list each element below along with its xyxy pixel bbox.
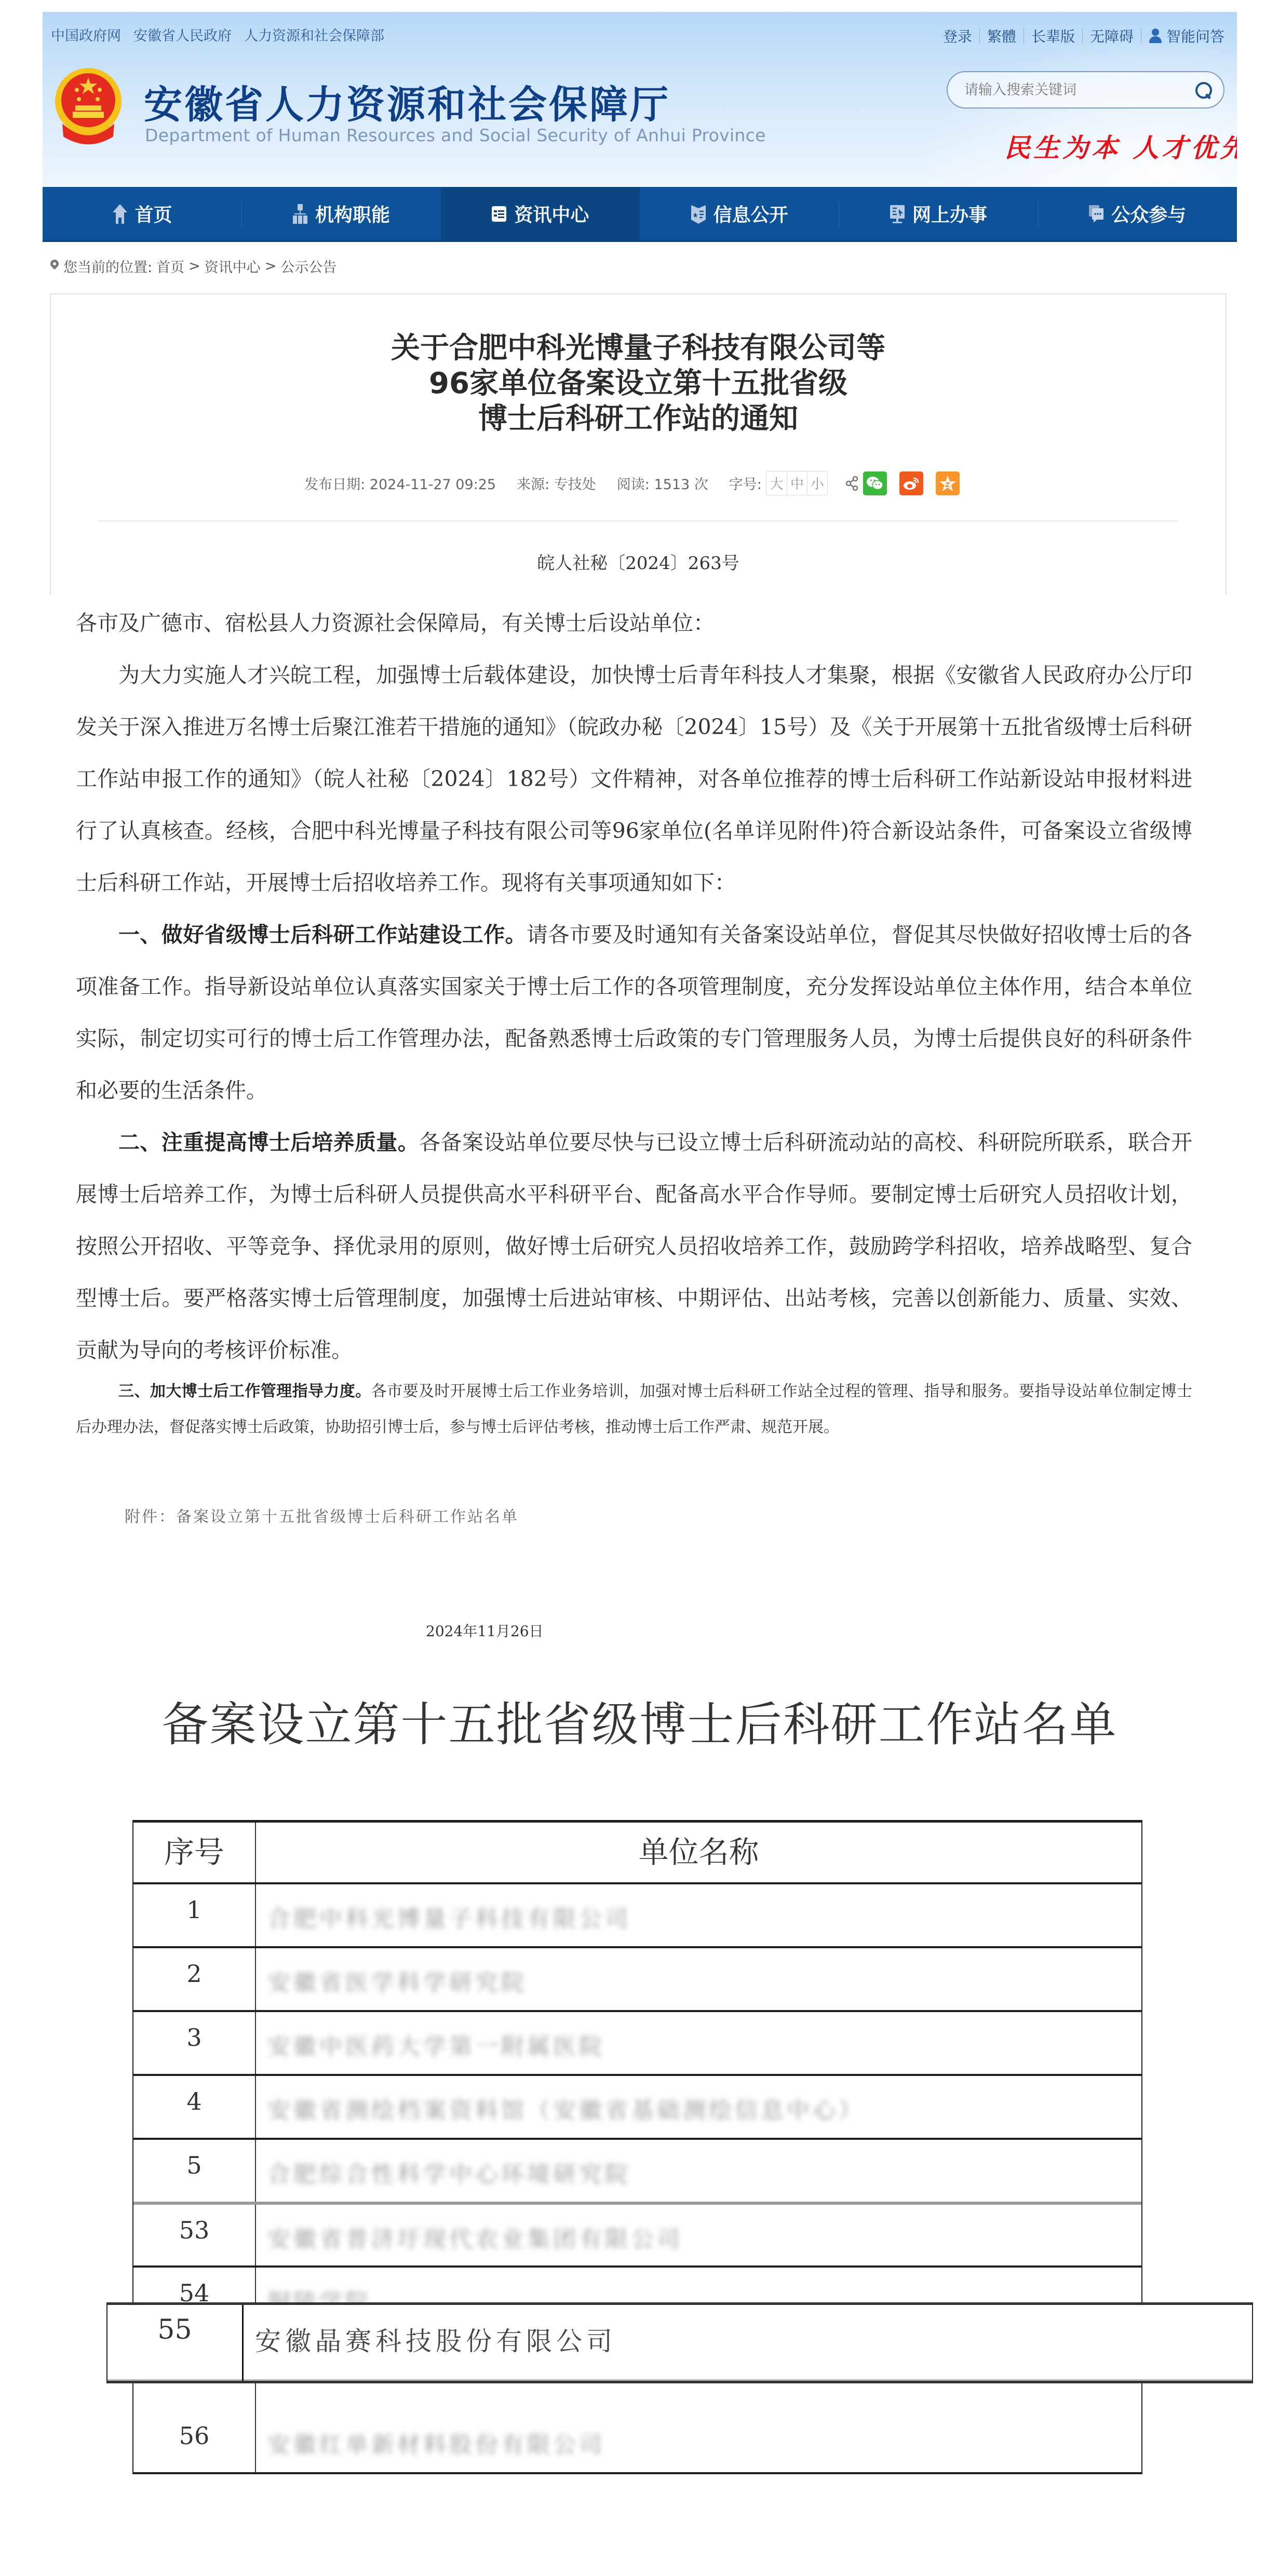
link-gov-cn[interactable]: 中国政府网 [51,24,121,45]
search-icon[interactable] [1194,81,1212,99]
main-nav: 首页 机构职能 资讯中心 信息公开 网上办事 公众参与 [43,187,1237,242]
source-label: 来源: [517,477,549,493]
row-unit-name-blurred: 安徽红单新材料股份有限公司 [256,2410,1141,2472]
qzone-share-button[interactable] [936,471,960,495]
nav-item-org-functions[interactable]: 机构职能 [241,187,440,240]
weibo-icon [903,476,920,491]
customer-service-icon [1149,29,1162,43]
section-2-text: 各备案设站单位要尽快与已设立博士后科研流动站的高校、科研院所联系，联合开展博士后… [76,1130,1192,1363]
table-row: 56 安徽红单新材料股份有限公司 [133,2410,1141,2474]
divider [979,28,980,44]
breadcrumb-news-center[interactable]: 资讯中心 [205,256,261,276]
share-icon[interactable] [845,476,859,491]
row-unit-name-blurred: 合肥中科光博量子科技有限公司 [256,1884,1141,1946]
row-unit-name-blurred: 合肥综合性科学中心环境研究院 [256,2140,1141,2202]
source-value: 专技处 [554,477,596,493]
font-size-selector: 大 中 小 [766,471,828,495]
divider [1141,28,1141,44]
nav-item-info-disclosure[interactable]: 信息公开 [640,187,839,240]
title-line: 博士后科研工作站的通知 [51,401,1226,437]
home-icon [112,203,128,225]
row-number: 2 [133,1948,256,2010]
row-number: 4 [133,2076,256,2138]
chat-icon [1088,203,1104,225]
accessibility-link[interactable]: 无障碍 [1090,25,1134,46]
read-count-label: 阅读: [617,477,650,493]
table-header-row: 序号 单位名称 [133,1820,1141,1882]
article-title: 关于合肥中科光博量子科技有限公司等 96家单位备案设立第十五批省级 博士后科研工… [51,331,1226,437]
row-number: 1 [133,1884,256,1946]
search-box [947,71,1224,109]
publish-date-label: 发布日期: [304,477,365,493]
section-1-paragraph: 一、做好省级博士后科研工作站建设工作。请各市要及时通知有关备案设站单位，督促其尽… [76,909,1192,1116]
document-number: 皖人社秘〔2024〕263号 [51,549,1226,574]
breadcrumb-separator: > [265,258,277,274]
org-chart-icon [292,203,308,225]
signed-date: 2024年11月26日 [426,1620,544,1641]
title-line: 关于合肥中科光博量子科技有限公司等 [51,331,1226,366]
row-number: 56 [133,2410,256,2472]
attachment-title: 备案设立第十五批省级博士后科研工作站名单 [0,1687,1279,1754]
read-count-value: 1513 次 [654,477,708,493]
title-line: 96家单位备案设立第十五批省级 [51,366,1226,401]
breadcrumb-prefix: 您当前的位置: [63,256,152,276]
utility-links: 登录 繁體 长辈版 无障碍 智能问答 [943,25,1224,46]
nav-label: 网上办事 [912,200,987,227]
section-3-paragraph: 三、加大博士后工作管理指导力度。各市要及时开展博士后工作业务培训，加强对博士后科… [76,1373,1192,1445]
breadcrumb: 您当前的位置: 首页 > 资讯中心 > 公示公告 [50,256,336,276]
row-number: 55 [107,2305,244,2381]
table-row: 53 安徽省普济圩现代农业集团有限公司 [133,2202,1141,2265]
news-icon [491,203,507,225]
link-anhui-gov[interactable]: 安徽省人民政府 [133,24,232,45]
meta-divider [98,520,1179,521]
font-size-small-button[interactable]: 小 [807,471,827,495]
smart-qa-link[interactable]: 智能问答 [1149,25,1224,46]
site-header: 中国政府网 安徽省人民政府 人力资源和社会保障部 登录 繁體 长辈版 无障碍 智… [43,12,1237,187]
wechat-share-button[interactable] [863,471,887,495]
divider [1082,28,1083,44]
font-size-label: 字号: [729,473,762,493]
nav-label: 首页 [135,200,172,227]
row-number: 5 [133,2140,256,2202]
nav-item-news-center[interactable]: 资讯中心 [441,187,640,240]
link-mohrss[interactable]: 人力资源和社会保障部 [244,24,384,45]
highlighted-table-row: 55 安徽晶赛科技股份有限公司 [106,2302,1253,2383]
attachment-link[interactable]: 附件：备案设立第十五批省级博士后科研工作站名单 [125,1504,519,1527]
breadcrumb-home[interactable]: 首页 [156,256,184,276]
online-service-icon [890,203,905,225]
nav-label: 公众参与 [1111,200,1186,227]
top-links: 中国政府网 安徽省人民政府 人力资源和社会保障部 [51,24,384,45]
weibo-share-button[interactable] [899,471,923,495]
location-pin-icon [50,260,59,273]
font-size-medium-button[interactable]: 中 [787,471,807,495]
article-meta: 发布日期: 2024-11-27 09:25 来源: 专技处 阅读: 1513 … [51,471,1226,495]
section-3-heading: 三、加大博士后工作管理指导力度。 [118,1382,371,1400]
nav-label: 信息公开 [713,200,788,227]
section-3-block: 三、加大博士后工作管理指导力度。各市要及时开展博士后工作业务培训，加强对博士后科… [76,1373,1192,1445]
smart-qa-label: 智能问答 [1166,25,1224,46]
search-input[interactable] [964,82,1194,98]
publish-date: 发布日期: 2024-11-27 09:25 [304,473,496,493]
table-row: 4 安徽省测绘档案资料馆（安徽省基础测绘信息中心） [133,2074,1141,2138]
national-emblem-icon [52,64,125,147]
section-1-heading: 一、做好省级博士后科研工作站建设工作。 [118,922,527,947]
article-body: 各市及广德市、宿松县人力资源社会保障局，有关博士后设站单位： 为大力实施人才兴皖… [76,597,1192,1376]
nav-label: 机构职能 [315,200,390,227]
table-row: 2 安徽省医学科学研究院 [133,1946,1141,2010]
row-unit-name-blurred: 安徽省测绘档案资料馆（安徽省基础测绘信息中心） [256,2076,1141,2138]
read-count: 阅读: 1513 次 [617,473,708,493]
row-unit-name: 安徽晶赛科技股份有限公司 [244,2305,1252,2381]
publish-date-value: 2024-11-27 09:25 [370,477,496,493]
traditional-chinese-link[interactable]: 繁體 [987,25,1016,46]
wechat-icon [866,476,884,491]
elder-mode-link[interactable]: 长辈版 [1031,25,1075,46]
table-row: 3 安徽中医药大学第一附属医院 [133,2010,1141,2074]
section-2-paragraph: 二、注重提高博士后培养质量。各备案设站单位要尽快与已设立博士后科研流动站的高校、… [76,1116,1192,1376]
table-row: 5 合肥综合性科学中心环境研究院 [133,2138,1141,2202]
nav-item-home[interactable]: 首页 [43,187,241,240]
article-card: 关于合肥中科光博量子科技有限公司等 96家单位备案设立第十五批省级 博士后科研工… [50,293,1227,595]
qzone-star-icon [939,475,957,492]
source: 来源: 专技处 [517,473,596,493]
nav-label: 资讯中心 [514,200,589,227]
slogan: 民生为本 人才优先 [1004,127,1237,165]
breadcrumb-separator: > [189,258,200,274]
section-1-text: 请各市要及时通知有关备案设站单位，督促其尽快做好招收博士后的各项准备工作。指导新… [76,922,1192,1103]
row-number: 53 [133,2205,256,2265]
font-size-large-button[interactable]: 大 [766,471,787,495]
row-number: 3 [133,2012,256,2074]
intro-paragraph: 为大力实施人才兴皖工程，加强博士后载体建设，加快博士后青年科技人才集聚，根据《安… [76,649,1192,909]
row-unit-name-blurred: 安徽省医学科学研究院 [256,1948,1141,2010]
row-unit-name-blurred: 安徽省普济圩现代农业集团有限公司 [256,2205,1141,2265]
table-row: 1 合肥中科光博量子科技有限公司 [133,1882,1141,1946]
nav-item-online-service[interactable]: 网上办事 [839,187,1038,240]
login-link[interactable]: 登录 [943,25,972,46]
row-unit-name-blurred: 安徽中医药大学第一附属医院 [256,2012,1141,2074]
open-info-icon [691,203,706,225]
salutation: 各市及广德市、宿松县人力资源社会保障局，有关博士后设站单位： [76,597,1192,649]
column-header-number: 序号 [133,1823,256,1882]
site-title[interactable]: 安徽省人力资源和社会保障厅 [144,74,670,129]
section-2-heading: 二、注重提高博士后培养质量。 [118,1130,419,1155]
divider [1024,28,1024,44]
site-subtitle: Department of Human Resources and Social… [145,125,766,145]
breadcrumb-announcements[interactable]: 公示公告 [280,256,336,276]
nav-item-public-participation[interactable]: 公众参与 [1038,187,1237,240]
column-header-unit-name: 单位名称 [256,1823,1141,1882]
